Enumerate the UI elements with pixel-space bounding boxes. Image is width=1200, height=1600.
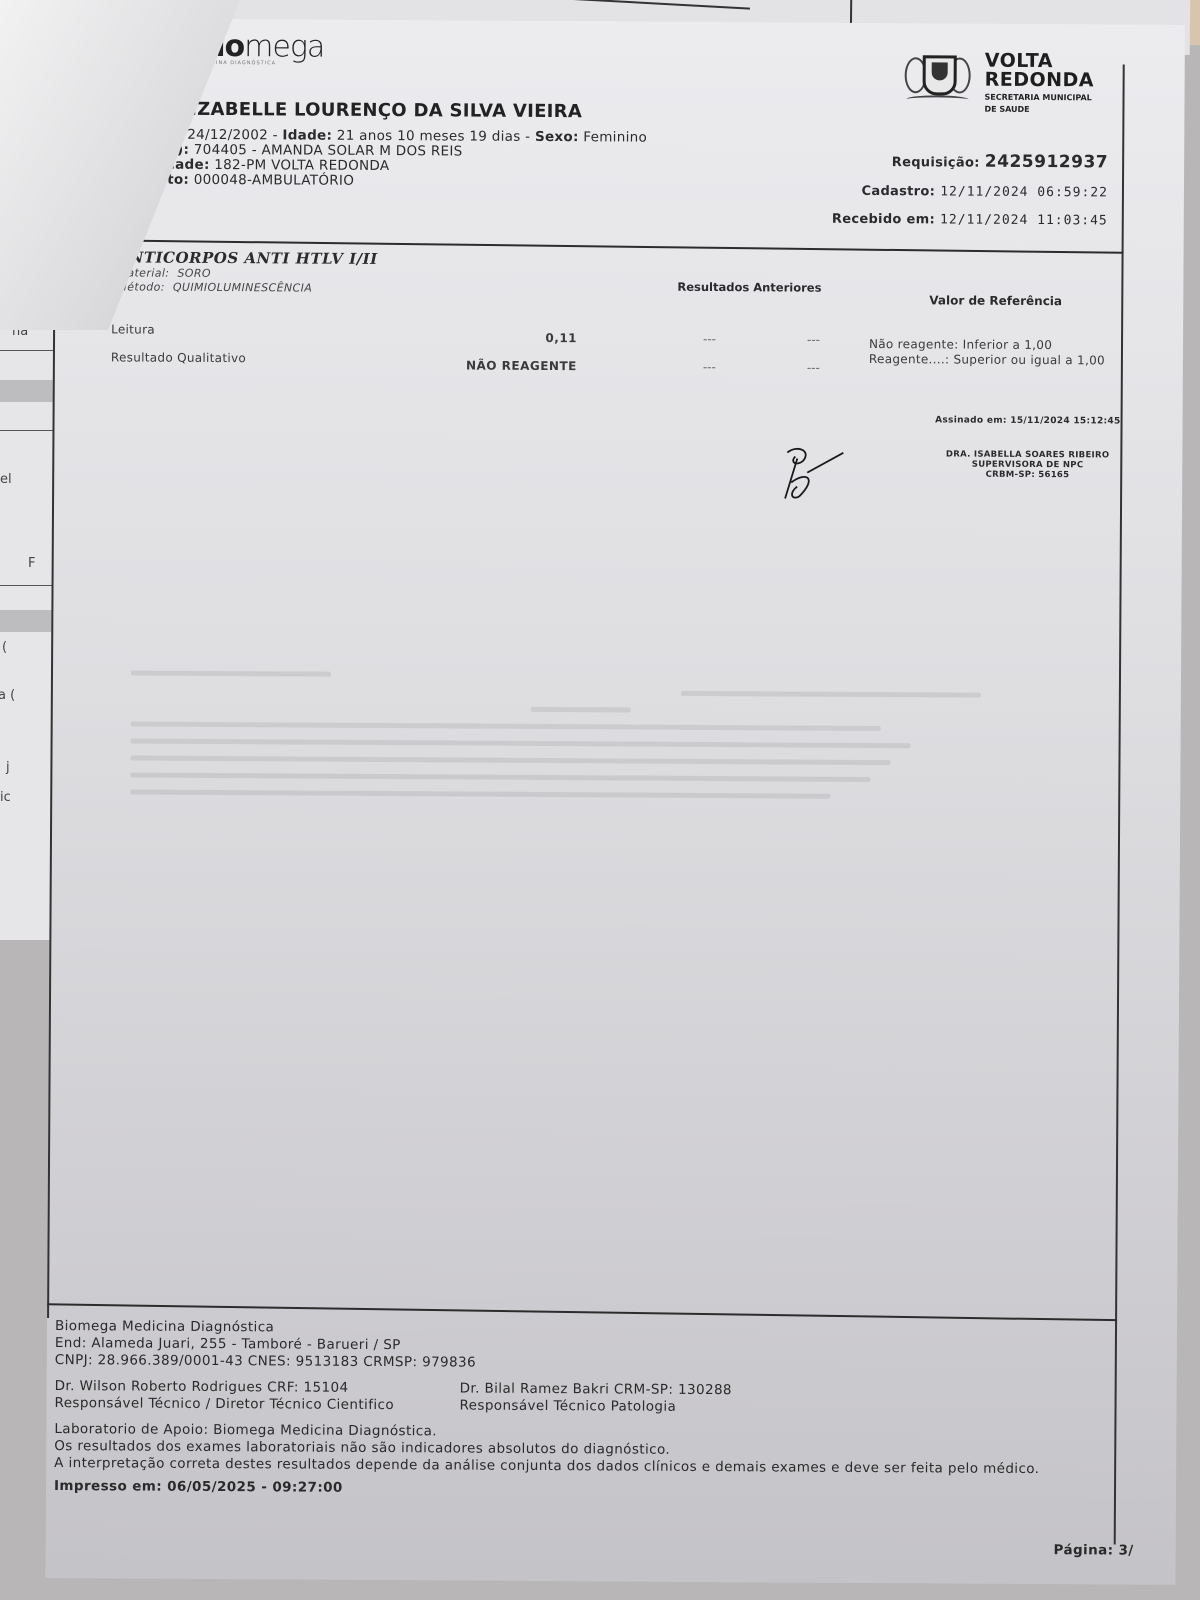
registration-date: Cadastro: 12/11/2024 06:59:22 <box>832 180 1108 201</box>
signature-block: Assinado em: 15/11/2024 15:12:45 DRA. IS… <box>935 415 1121 480</box>
patient-info: .(a): IZABELLE LOURENÇO DA SILVA VIEIRA … <box>139 99 760 192</box>
printed-date: Impresso em: 06/05/2025 - 09:27:00 <box>54 1478 1154 1502</box>
reference-header: Valor de Referência <box>929 293 1062 308</box>
exam-section: ANTICORPOS ANTI HTLV I/II Material:SORO … <box>117 248 1117 300</box>
footer: Biomega Medicina Diagnóstica End: Alamed… <box>54 1318 1155 1502</box>
page-number: Página: 3/ <box>1054 1542 1134 1558</box>
lab-report-page: biomega MEDICINA DIAGNÓSTICA VOLTA REDON… <box>45 18 1185 1585</box>
result-row: Leitura 0,11 --- --- <box>117 328 1117 334</box>
bleed-through-text <box>129 658 1131 1024</box>
handwritten-signature-icon <box>777 442 847 502</box>
received-date: Recebido em: 12/11/2024 11:03:45 <box>832 208 1108 229</box>
patient-name: .(a): IZABELLE LOURENÇO DA SILVA VIEIRA <box>139 99 759 124</box>
previous-results-header: Resultados Anteriores <box>677 280 821 295</box>
requisition-number: Requisição: 2425912937 <box>832 151 1108 173</box>
city-crest-icon <box>904 51 970 103</box>
volta-redonda-logo: VOLTA REDONDA SECRETARIA MUNICIPAL DE SA… <box>904 51 1094 114</box>
reference-values: Não reagente: Inferior a 1,00 Reagente..… <box>869 337 1109 368</box>
patient-post: Posto: 000048-AMBULATÓRIO <box>139 173 759 192</box>
request-info: Requisição: 2425912937 Cadastro: 12/11/2… <box>832 151 1108 238</box>
